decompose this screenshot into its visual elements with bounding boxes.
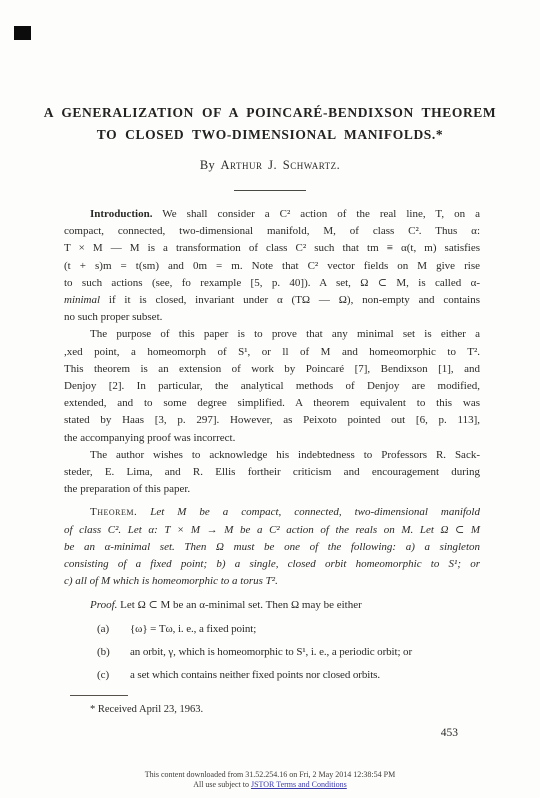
received-footnote: * Received April 23, 1963.: [90, 701, 480, 718]
scanned-paper-page: A GENERALIZATION OF A POINCARÉ-BENDIXSON…: [0, 0, 540, 798]
scan-artifact-square: [14, 26, 31, 40]
text-line: consisting of a fixed point; b) a single…: [64, 556, 480, 573]
list-item-b: (b) an orbit, γ, which is homeomorphic t…: [97, 644, 480, 661]
text-line: The author wishes to acknowledge his ind…: [64, 447, 480, 464]
text-line: of class C². Let α: T × M → M be a C² ac…: [64, 522, 480, 539]
text-line: extended, and to some degree simplified.…: [64, 395, 480, 412]
text-line: T × M — M is a transformation of class C…: [64, 240, 480, 257]
proof-opening: Proof. Let Ω ⊂ M be an α-minimal set. Th…: [64, 597, 480, 614]
text-line: be an α-minimal set. Then Ω must be one …: [64, 539, 480, 556]
text-line: Proof. Let Ω ⊂ M be an α-minimal set. Th…: [64, 597, 480, 614]
theorem-statement: Theorem. Let M be a compact, connected, …: [64, 504, 480, 590]
text-line: to such actions (see, fo rexample [5, p.…: [64, 275, 480, 292]
paragraph-purpose: The purpose of this paper is to prove th…: [64, 326, 480, 446]
author-byline: By Arthur J. Schwartz.: [0, 158, 540, 173]
text-line: stated by Haas [3, p. 297]. However, as …: [64, 412, 480, 429]
download-stamp-line: This content downloaded from 31.52.254.1…: [0, 770, 540, 780]
text-line: The purpose of this paper is to prove th…: [64, 326, 480, 343]
header-divider-rule: [234, 190, 306, 191]
text-line: By Arthur J. Schwartz.: [0, 158, 540, 173]
item-text: {ω} = Tω, i. e., a fixed point;: [130, 621, 480, 638]
item-label: (a): [97, 621, 130, 638]
item-text: an orbit, γ, which is homeomorphic to S¹…: [130, 644, 480, 661]
list-item-c: (c) a set which contains neither fixed p…: [97, 667, 480, 684]
terms-line-prefix: All use subject to: [193, 780, 251, 789]
text-line: c) all of M which is homeomorphic to a t…: [64, 573, 480, 590]
paragraph-acknowledgement: The author wishes to acknowledge his ind…: [64, 447, 480, 499]
text-line: the preparation of this paper.: [64, 481, 480, 498]
jstor-footer: This content downloaded from 31.52.254.1…: [0, 770, 540, 790]
text-line: compact, connected, two-dimensional mani…: [64, 223, 480, 240]
text-line: Introduction. We shall consider a C² act…: [64, 206, 480, 223]
page-title-line1: A GENERALIZATION OF A POINCARÉ-BENDIXSON…: [0, 102, 540, 124]
text-line: steder, E. Lima, and R. Ellis fortheir c…: [64, 464, 480, 481]
paragraph-introduction: Introduction. We shall consider a C² act…: [64, 206, 480, 326]
item-text: a set which contains neither fixed point…: [130, 667, 480, 684]
text-line: Theorem. Let M be a compact, connected, …: [64, 504, 480, 521]
terms-line: All use subject to JSTOR Terms and Condi…: [0, 780, 540, 790]
text-line: no such proper subset.: [64, 309, 480, 326]
text-line: Denjoy [2]. In particular, the analytica…: [64, 378, 480, 395]
text-line: minimal if it is closed, invariant under…: [64, 292, 480, 309]
page-number: 453: [64, 725, 480, 742]
text-line: the accompanying proof was incorrect.: [64, 430, 480, 447]
item-label: (c): [97, 667, 130, 684]
text-line: This theorem is an extension of work by …: [64, 361, 480, 378]
text-line: (t + s)m = t(sm) and 0m = m. Note that C…: [64, 258, 480, 275]
list-item-a: (a) {ω} = Tω, i. e., a fixed point;: [97, 621, 480, 638]
footnote-divider-rule: [70, 695, 128, 696]
jstor-terms-link[interactable]: JSTOR Terms and Conditions: [251, 780, 347, 789]
case-list: (a) {ω} = Tω, i. e., a fixed point; (b) …: [64, 621, 480, 685]
item-label: (b): [97, 644, 130, 661]
article-body: Introduction. We shall consider a C² act…: [64, 206, 480, 743]
page-title-line2: TO CLOSED TWO-DIMENSIONAL MANIFOLDS.*: [0, 124, 540, 146]
article-header: A GENERALIZATION OF A POINCARÉ-BENDIXSON…: [0, 0, 540, 146]
text-line: ,xed point, a homeomorph of S¹, or ll of…: [64, 344, 480, 361]
